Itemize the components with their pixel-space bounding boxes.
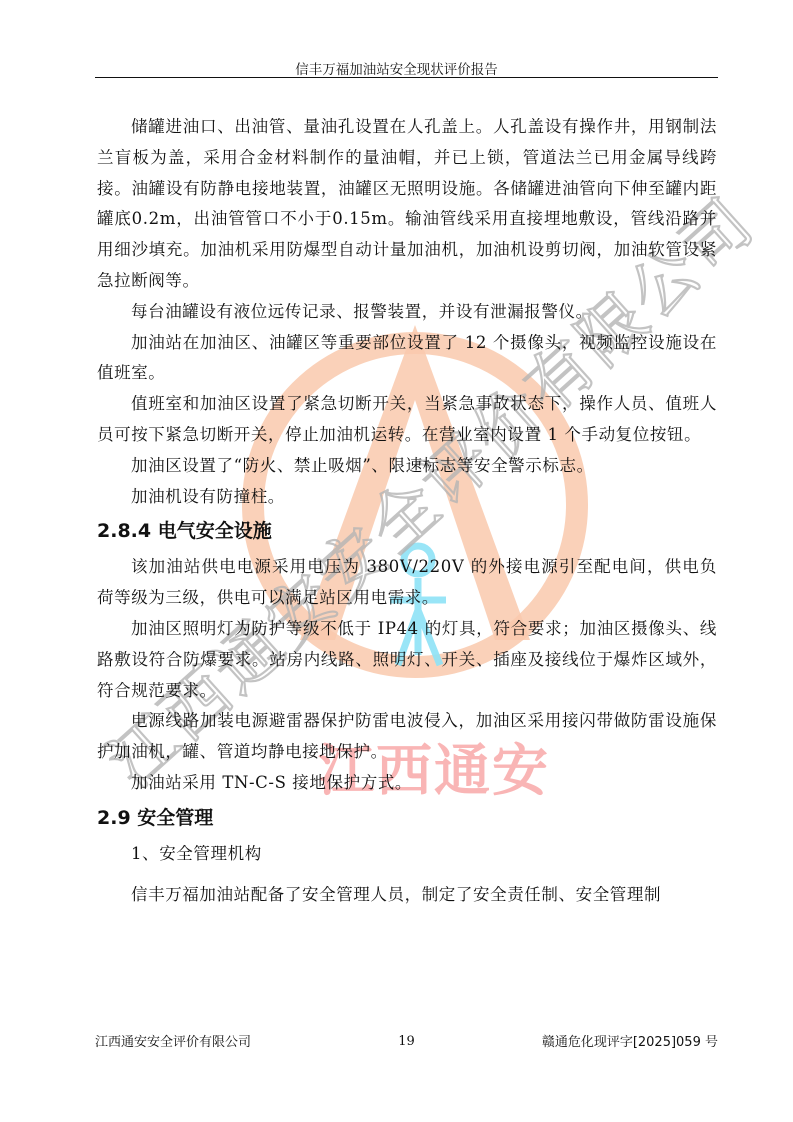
section-heading-safety-management: 2.9 安全管理: [97, 807, 717, 829]
subheading-safety-org: 1、安全管理机构: [97, 839, 717, 870]
section-heading-electrical: 2.8.4 电气安全设施: [97, 520, 717, 542]
paragraph-tank-fittings: 储罐进油口、出油管、量油孔设置在人孔盖上。人孔盖设有操作井，用钢制法兰盲板为盖，…: [97, 112, 717, 297]
paragraph-bollards: 加油机设有防撞柱。: [97, 482, 717, 513]
footer-doc-number: 赣通危化现评字[2025]059 号: [542, 1031, 718, 1050]
paragraph-cameras: 加油站在加油区、油罐区等重要部位设置了 12 个摄像头，视频监控设施设在值班室。: [97, 328, 717, 390]
page-footer: 江西通安安全评价有限公司 19 赣通危化现评字[2025]059 号: [95, 1031, 718, 1051]
paragraph-lighting: 加油区照明灯为防护等级不低于 IP44 的灯具，符合要求；加油区摄像头、线路敷设…: [97, 614, 717, 706]
paragraph-warning-signs: 加油区设置了“防火、禁止吸烟”、限速标志等安全警示标志。: [97, 451, 717, 482]
header-divider: [95, 77, 718, 78]
paragraph-safety-staff: 信丰万福加油站配备了安全管理人员，制定了安全责任制、安全管理制: [97, 880, 717, 911]
document-body: 储罐进油口、出油管、量油孔设置在人孔盖上。人孔盖设有操作井，用钢制法兰盲板为盖，…: [97, 112, 717, 910]
paragraph-lightning: 电源线路加装电源避雷器保护防雷电波侵入，加油区采用接闪带做防雷设施保护加油机，罐…: [97, 706, 717, 768]
paragraph-grounding: 加油站采用 TN-C-S 接地保护方式。: [97, 768, 717, 799]
paragraph-level-alarm: 每台油罐设有液位远传记录、报警装置，并设有泄漏报警仪。: [97, 297, 717, 328]
page-header-title: 信丰万福加油站安全现状评价报告: [0, 58, 793, 78]
paragraph-emergency-stop: 值班室和加油区设置了紧急切断开关，当紧急事故状态下，操作人员、值班人员可按下紧急…: [97, 389, 717, 451]
paragraph-power-supply: 该加油站供电电源采用电压为 380V/220V 的外接电源引至配电间，供电负荷等…: [97, 552, 717, 614]
